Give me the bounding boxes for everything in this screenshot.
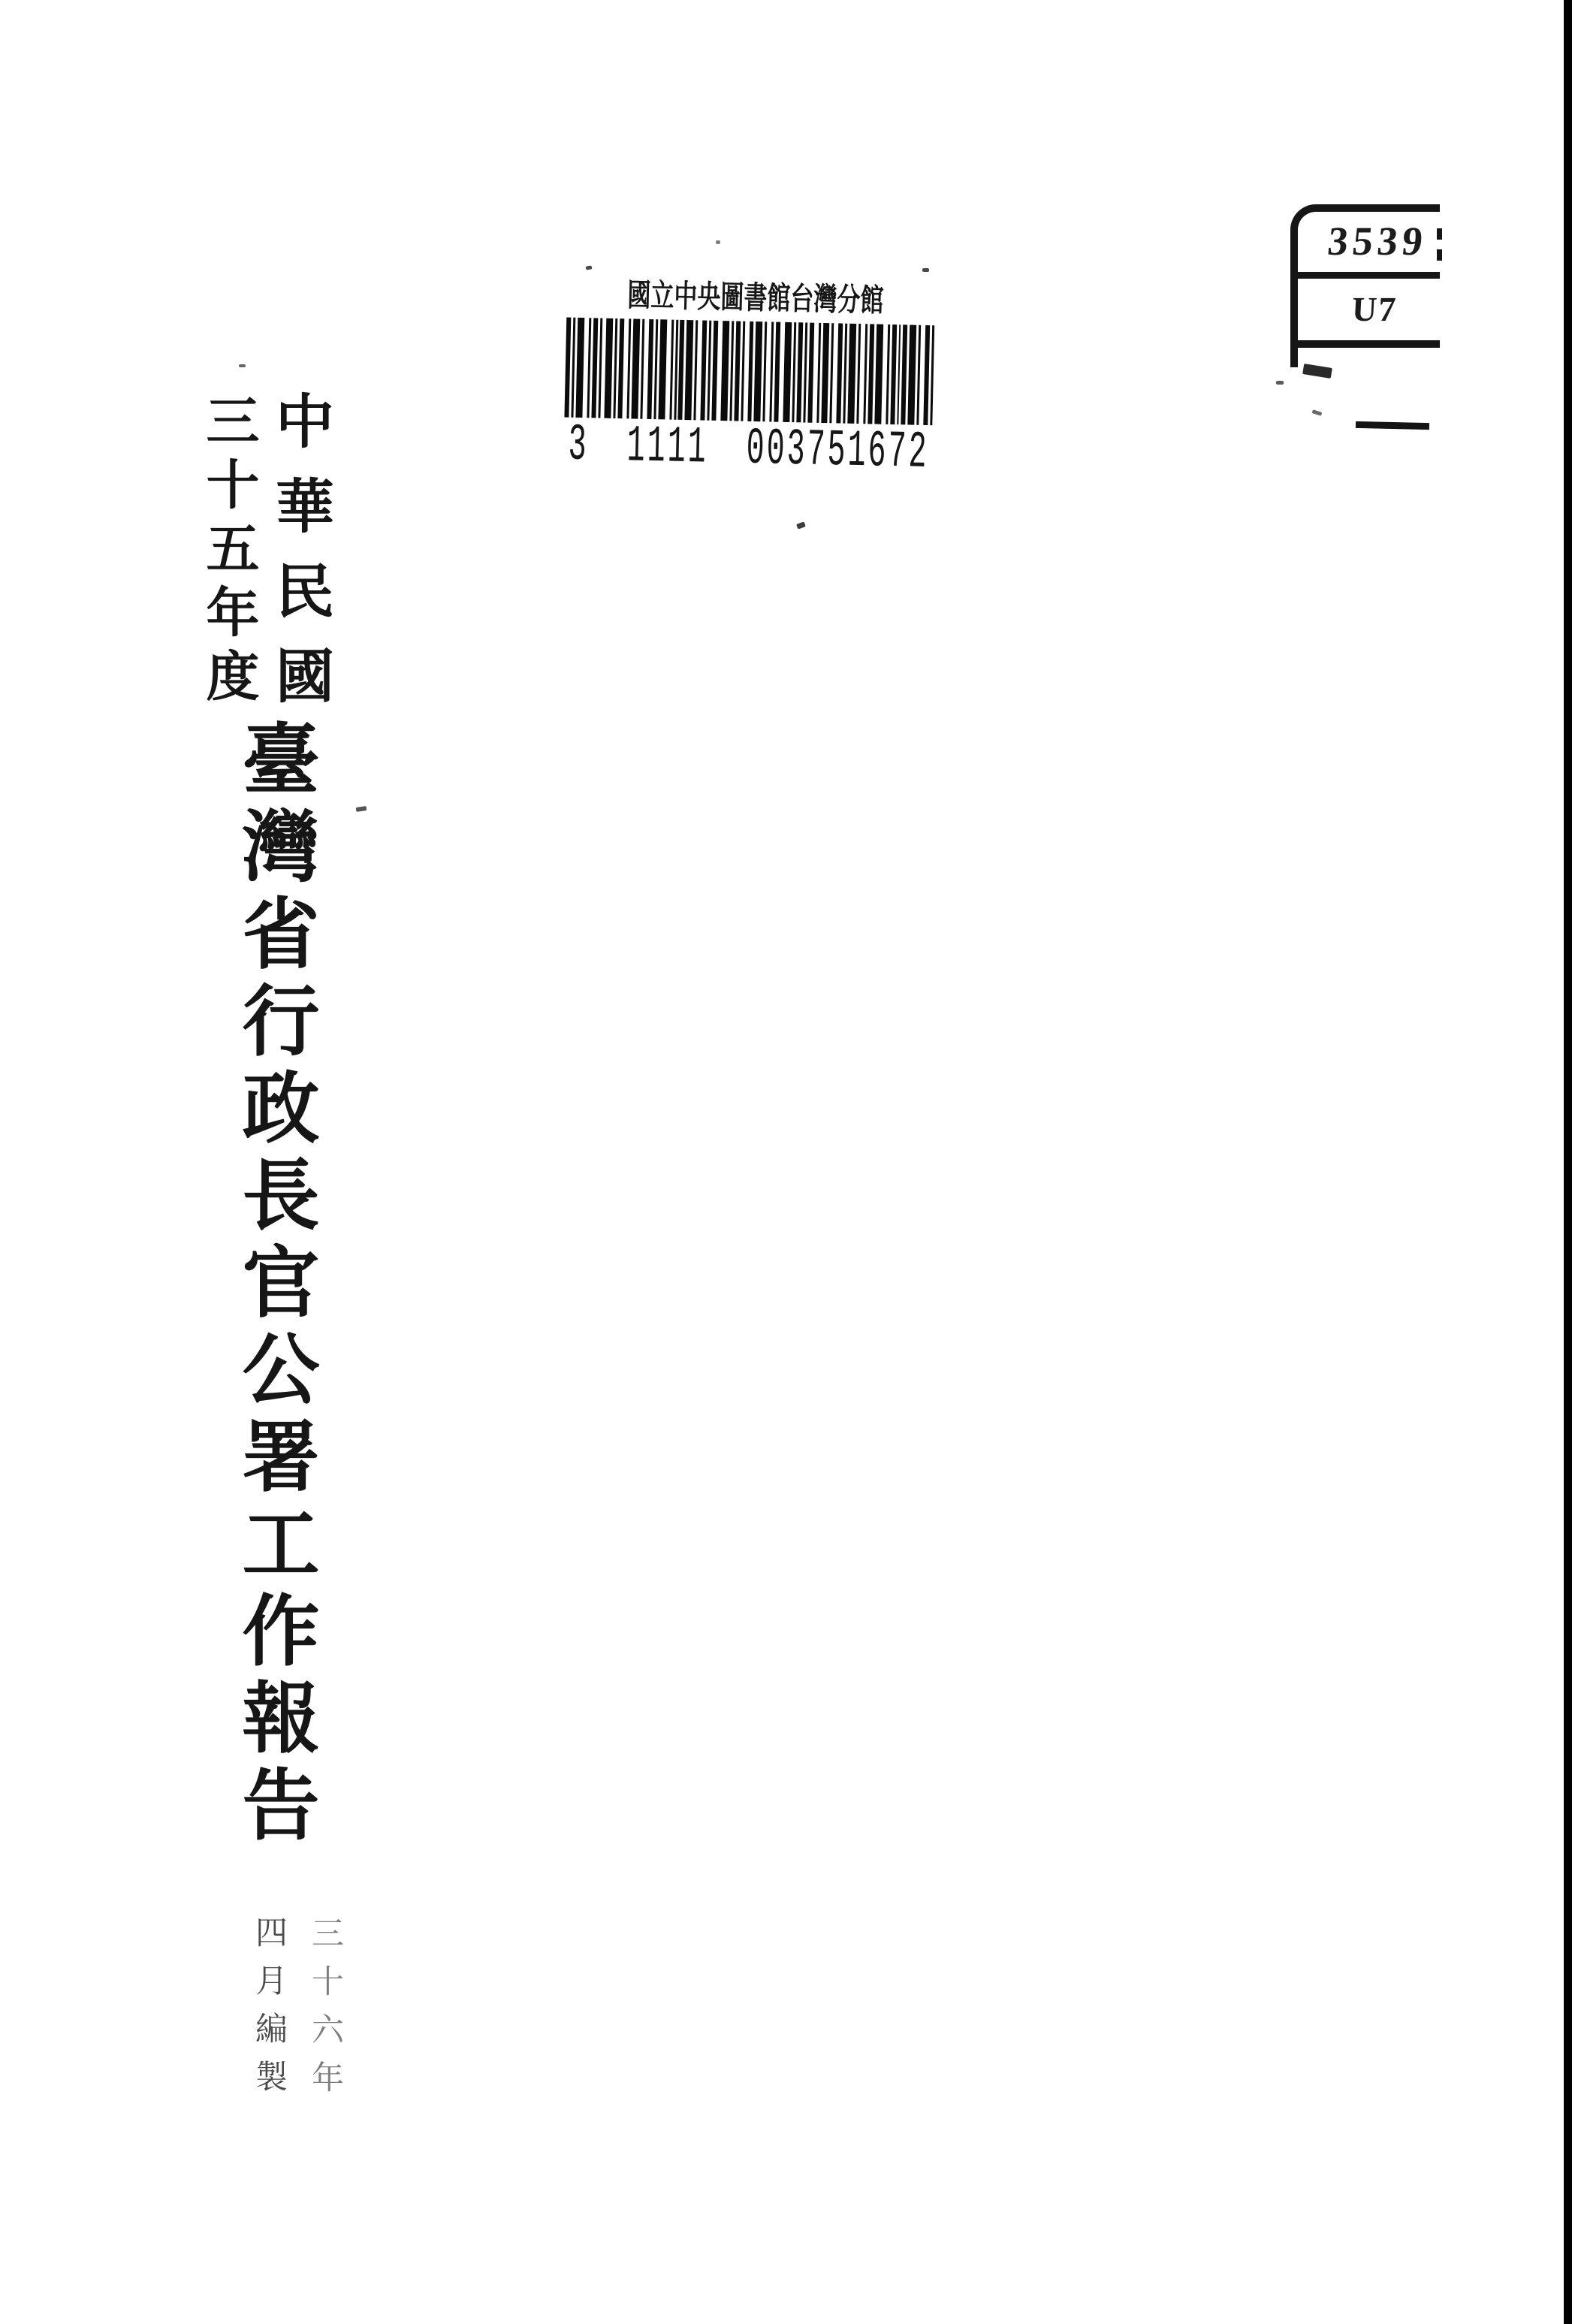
- library-barcode-label: 國立中央圖書館台灣分館 3 1111 003751672: [563, 271, 944, 460]
- scan-speck: [586, 265, 593, 270]
- barcode-number: 3 1111 003751672: [563, 421, 941, 481]
- scan-speck: [796, 521, 806, 529]
- scan-speck: [1276, 381, 1284, 385]
- call-number-row-accession: 3539: [1298, 212, 1440, 279]
- call-number-row-shelf: U7: [1298, 279, 1440, 348]
- colophon-month-column: 四月編製: [252, 1915, 285, 2108]
- library-stamp-text: 國立中央圖書館台灣分館: [566, 271, 945, 343]
- scan-speck: [239, 364, 246, 367]
- accession-number: 3539: [1326, 218, 1430, 264]
- shelf-code: U7: [1351, 289, 1399, 329]
- scanned-page: 國立中央圖書館台灣分館 3 1111 003751672 3539 U7 中華民…: [0, 0, 1572, 2324]
- scan-edge-strip: [1564, 0, 1572, 2324]
- scan-speck: [716, 240, 720, 244]
- main-title-column: 臺灣省行政長官公署工作報告: [234, 719, 312, 1852]
- scan-speck: [1302, 364, 1332, 379]
- scan-speck: [922, 268, 929, 272]
- fiscal-year-column: 三十五年度: [201, 393, 254, 712]
- underline-mark: [1356, 421, 1429, 430]
- call-number-box: 3539 U7: [1290, 204, 1440, 348]
- era-column: 中華民國: [270, 391, 329, 730]
- scan-speck: [1312, 409, 1323, 416]
- scan-speck: [356, 806, 367, 812]
- colophon-year-column: 三十六年: [309, 1916, 341, 2108]
- clipped-digit-mark: [1437, 228, 1442, 240]
